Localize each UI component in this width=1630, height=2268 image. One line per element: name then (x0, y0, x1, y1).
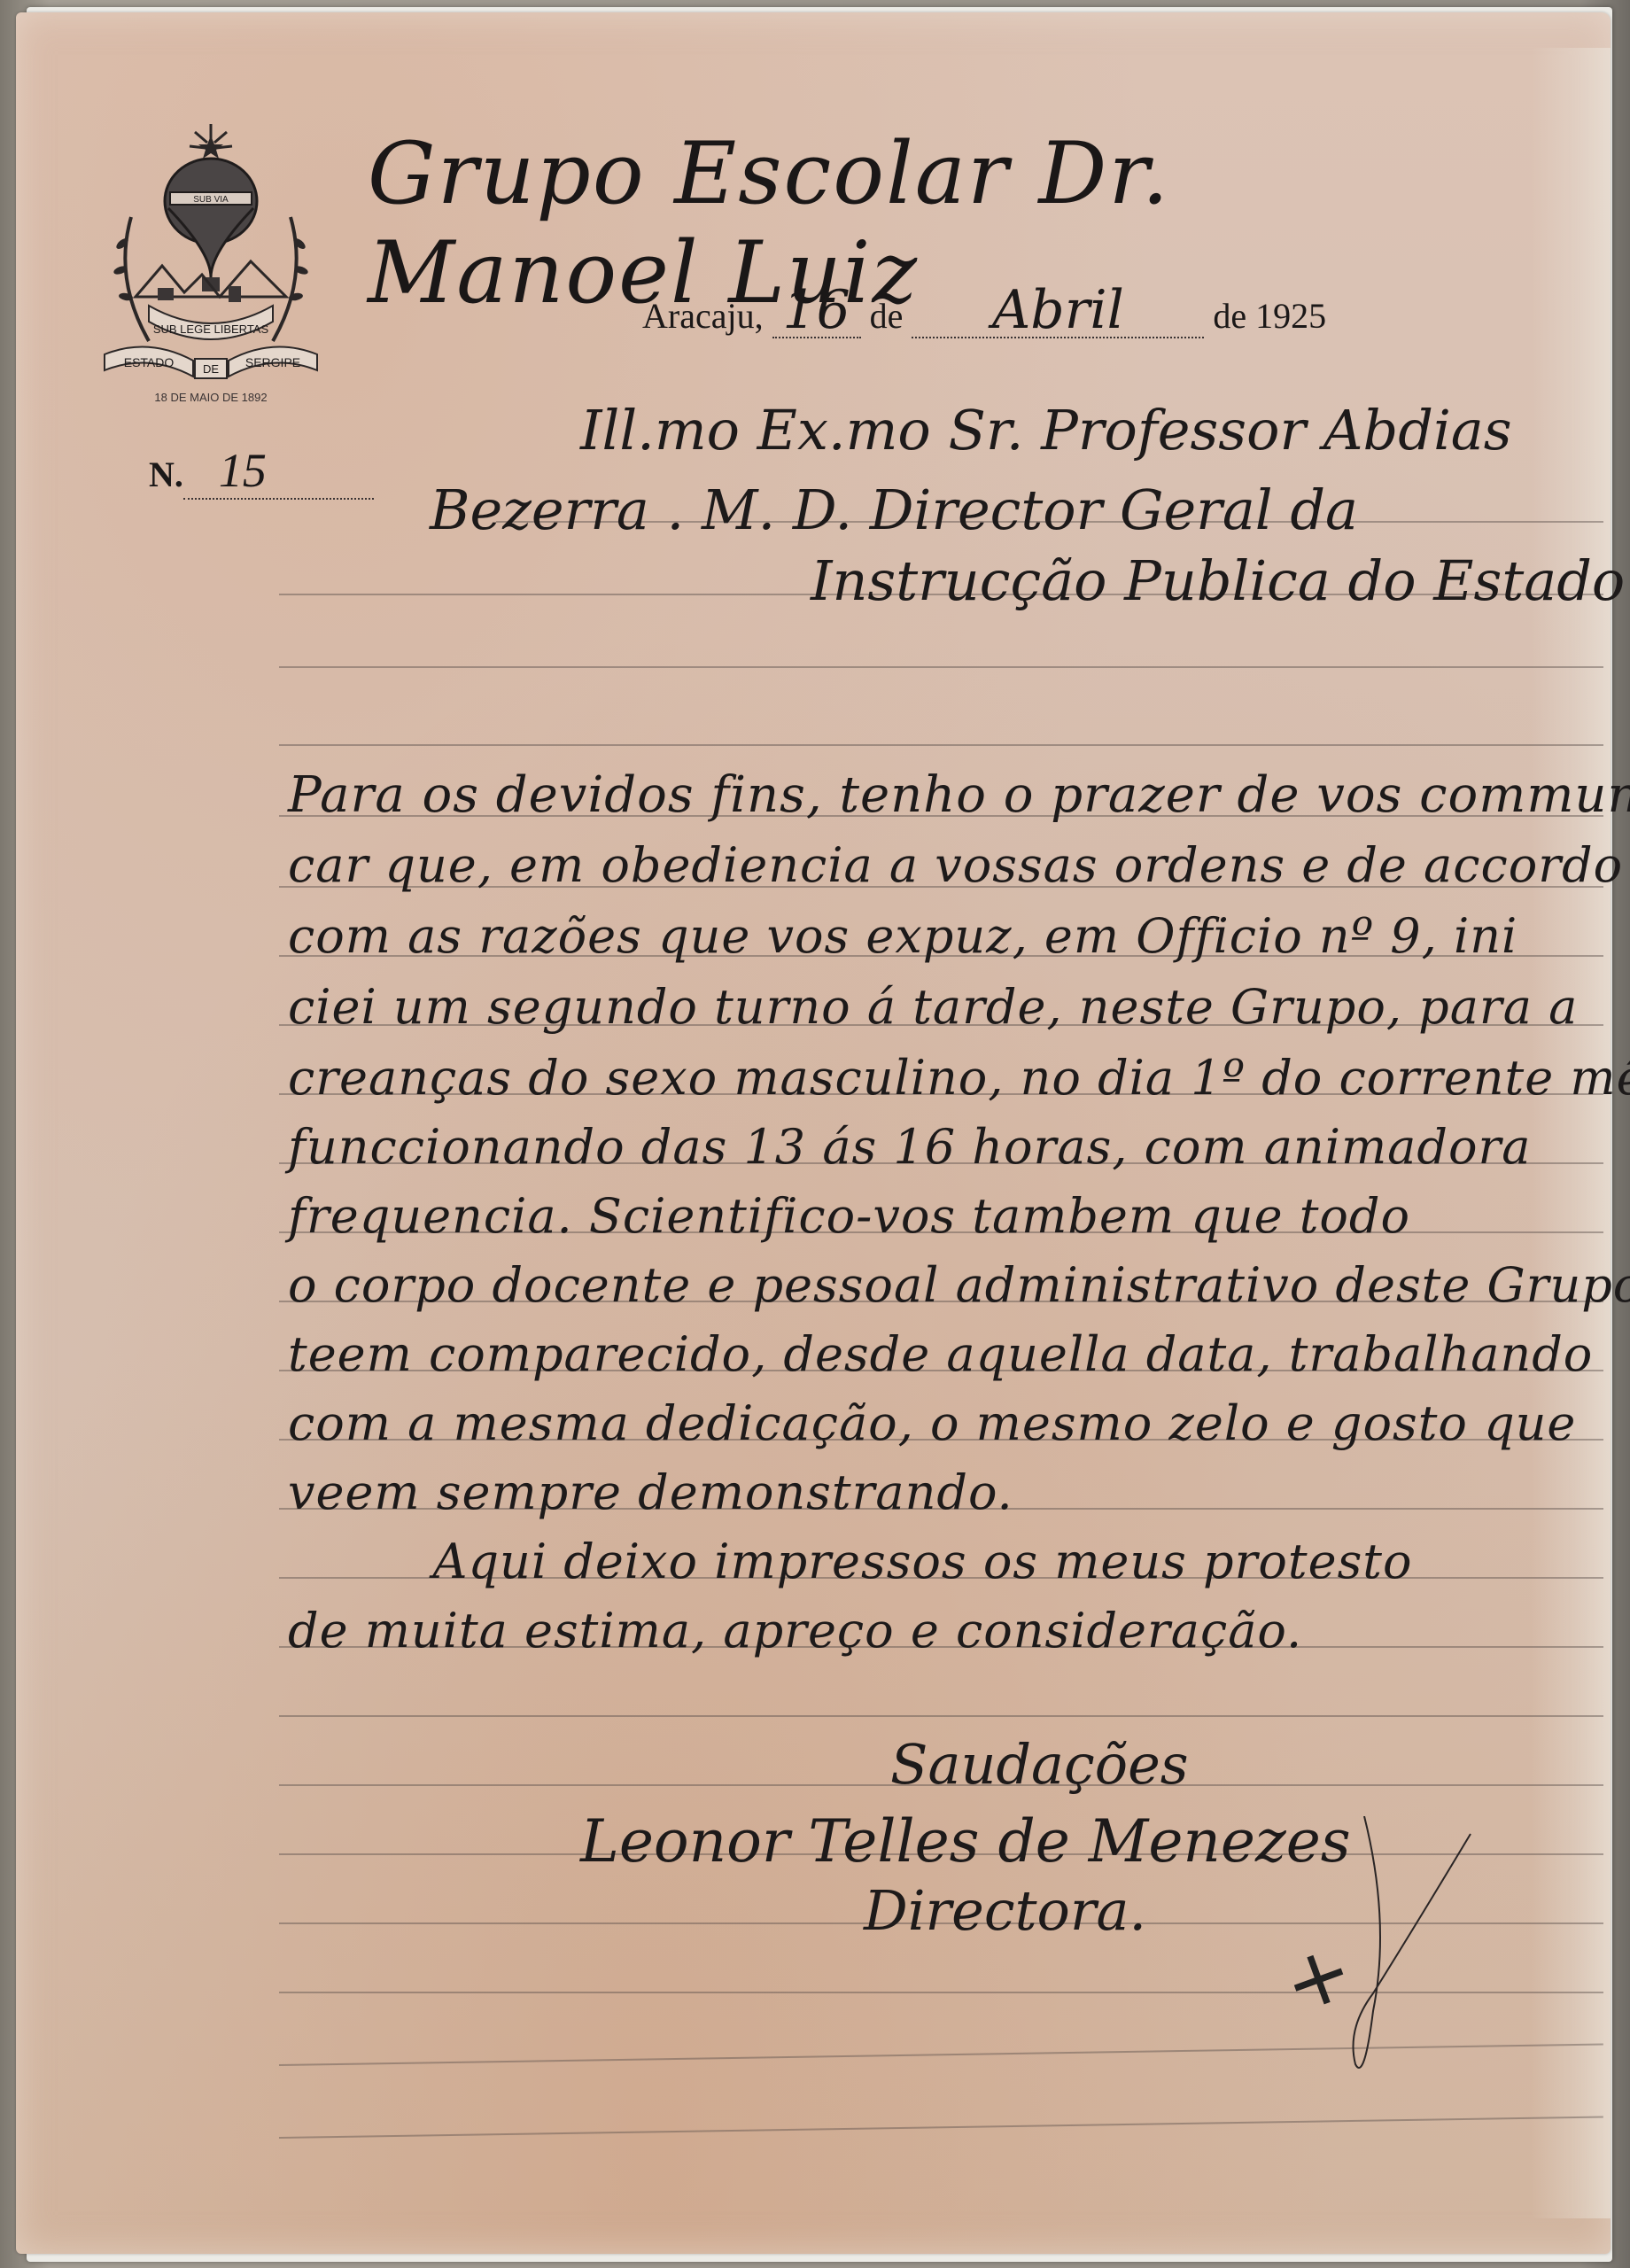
ruled-line (279, 1715, 1603, 1717)
date-year: 1925 (1255, 296, 1326, 336)
ruled-line (279, 744, 1603, 746)
date-de-1: de (870, 296, 904, 336)
sheet-faded-edge (1531, 48, 1611, 2218)
body-line: teem comparecido, desde aquella data, tr… (288, 1331, 1593, 1379)
document-number: N.15 (149, 443, 374, 500)
svg-text:SUB LEGE LIBERTAS: SUB LEGE LIBERTAS (153, 322, 269, 336)
number-label: N. (149, 454, 183, 494)
body-line: com a mesma dedicação, o mesmo zelo e go… (288, 1400, 1576, 1448)
svg-text:18 DE MAIO DE 1892: 18 DE MAIO DE 1892 (154, 391, 267, 404)
body-line: Para os devidos fins, tenho o prazer de … (288, 771, 1630, 820)
svg-text:SUB VIA: SUB VIA (193, 195, 229, 205)
svg-text:ESTADO: ESTADO (124, 355, 175, 369)
signature-name: Leonor Telles de Menezes (580, 1807, 1351, 1876)
body-line: o corpo docente e pessoal administrativo… (288, 1262, 1630, 1309)
date-day-value: 16 (782, 279, 850, 341)
coat-of-arms-emblem: SUB VIA SUB LEGE LIBERTAS ESTADO DE SERG… (96, 120, 326, 412)
body-line: frequencia. Scientifico-vos tambem que t… (288, 1192, 1410, 1240)
body-line: ciei um segundo turno á tarde, neste Gru… (288, 983, 1578, 1031)
address-line-1: Ill.mo Ex.mo Sr. Professor Abdias (580, 403, 1512, 458)
body-line: de muita estima, apreço e consideração. (288, 1607, 1302, 1655)
coat-of-arms-balloon-icon: SUB VIA SUB LEGE LIBERTAS ESTADO DE SERG… (96, 120, 326, 412)
body-line: com as razões que vos expuz, em Officio … (288, 913, 1517, 960)
svg-text:DE: DE (203, 362, 219, 376)
rubric-flourish-icon (1338, 1816, 1479, 2082)
date-de-2: de (1213, 296, 1246, 336)
closing-salutation: Saudações (890, 1732, 1189, 1797)
body-line: funccionando das 13 ás 16 horas, com ani… (288, 1123, 1531, 1171)
body-line: veem sempre demonstrando. (288, 1469, 1013, 1517)
body-line: Aqui deixo impressos os meus protesto (288, 1538, 1413, 1586)
date-line: Aracaju, 16 de Abril de 1925 (642, 283, 1326, 338)
date-city: Aracaju, (642, 296, 764, 336)
address-line-3: Instrucção Publica do Estado (811, 554, 1625, 609)
date-month-value: Abril (992, 279, 1124, 341)
signature-title: Directora. (864, 1878, 1146, 1943)
date-day: 16 (772, 283, 861, 338)
address-line-2: Bezerra . M. D. Director Geral da (430, 483, 1358, 538)
number-value: 15 (183, 443, 374, 500)
body-line: creanças do sexo masculino, no dia 1º do… (288, 1054, 1630, 1102)
svg-text:SERGIPE: SERGIPE (245, 355, 300, 369)
ruled-line (279, 666, 1603, 668)
date-month: Abril (912, 283, 1204, 338)
body-line: car que, em obediencia a vossas ordens e… (288, 842, 1623, 889)
